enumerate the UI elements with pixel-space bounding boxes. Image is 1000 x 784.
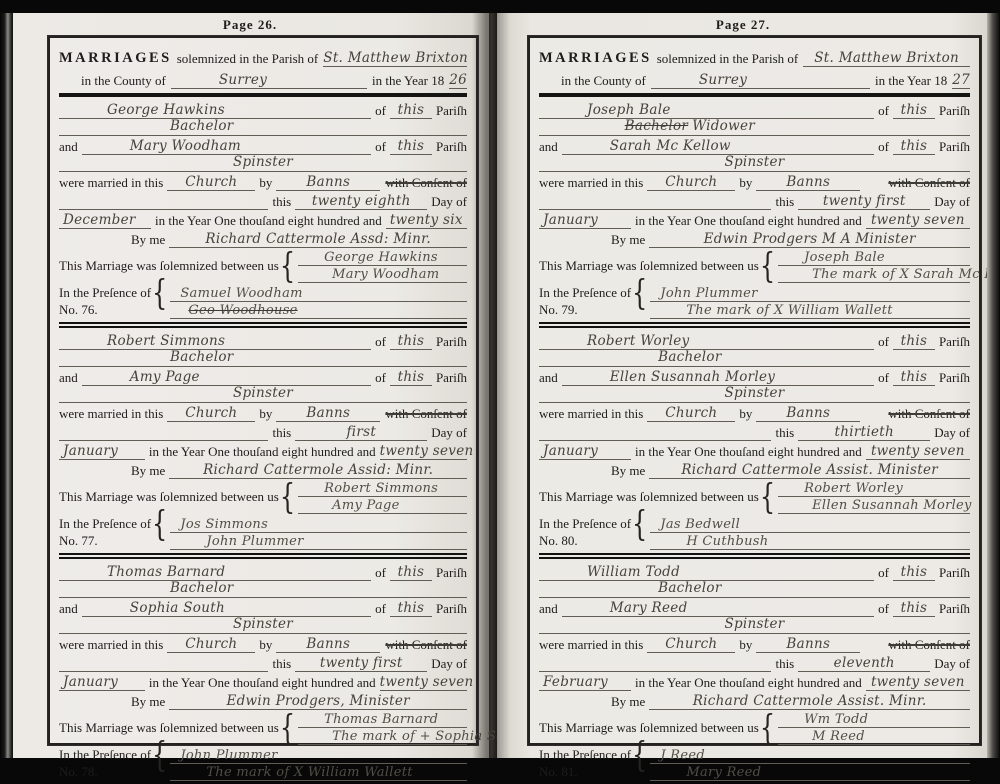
brace-icon: { xyxy=(760,481,775,513)
day-word: twenty eighth xyxy=(295,193,427,210)
presence-of-label: In the Preſence of xyxy=(539,516,631,532)
bride-signature: M Reed xyxy=(778,729,865,744)
witness-signature-2: John Plummer xyxy=(188,534,303,549)
married-place: Church xyxy=(167,636,255,653)
solemnized-between-label: This Marriage was ſolemnized between us xyxy=(59,720,279,736)
presence-of-label: In the Preſence of xyxy=(59,747,151,763)
married-line: were married in this Church by Banns wit… xyxy=(539,403,970,422)
bride-condition-line: Spinster xyxy=(539,386,970,403)
groom-condition-line: Bachelor xyxy=(59,119,467,136)
day-line: this twenty first Day of xyxy=(59,653,467,672)
solemnized-between-block: This Marriage was ſolemnized between us … xyxy=(59,249,467,283)
presence-of-label: In the Preſence of xyxy=(539,285,631,301)
month-name: January xyxy=(59,443,145,460)
by-me-label: By me xyxy=(131,232,165,248)
bride-condition-line: Spinster xyxy=(59,386,467,403)
witness-signature-2: The mark of X William Wallett xyxy=(188,765,412,780)
month-name: January xyxy=(539,443,631,460)
married-in-this-label: were married in this xyxy=(59,637,163,653)
year-words: twenty seven xyxy=(866,443,970,460)
by-me-label: By me xyxy=(611,232,645,248)
bride-condition-line: Spinster xyxy=(539,155,970,172)
groom-condition-line: Bachelor xyxy=(539,581,970,598)
married-method: Banns xyxy=(756,636,860,653)
solemnized-between-block: This Marriage was ſolemnized between us … xyxy=(59,711,467,745)
groom-condition-line: Bachelor Widower xyxy=(539,119,970,136)
day-of-label: Day of xyxy=(431,656,467,672)
month-name: December xyxy=(59,212,151,229)
witness-signature-1: Jos Simmons xyxy=(170,517,268,532)
consent-clause-struck: with Conſent of xyxy=(888,406,970,422)
groom-condition-line: Bachelor xyxy=(539,350,970,367)
blank-rule xyxy=(539,671,771,672)
consent-clause-struck: with Conſent of xyxy=(888,637,970,653)
marriage-record: Thomas Barnard of this Pariſh Bachelor a… xyxy=(59,559,467,781)
year-printed-label: in the Year One thouſand eight hundred a… xyxy=(149,444,376,460)
by-me-label: By me xyxy=(131,694,165,710)
year-printed-label: in the Year One thouſand eight hundred a… xyxy=(635,675,862,691)
groom-signature: Joseph Bale xyxy=(778,250,885,265)
witness-block: In the Preſence of { No. 79. John Plumme… xyxy=(539,284,970,319)
presence-of-label: In the Preſence of xyxy=(59,516,151,532)
minister-line: By me Richard Cattermole Assist. Ministe… xyxy=(539,460,970,479)
solemnized-label: solemnized in the Parish of xyxy=(177,51,319,67)
minister-signature: Richard Cattermole Assist. Minr. xyxy=(649,693,970,710)
married-line: were married in this Church by Banns wit… xyxy=(59,634,467,653)
witness-block: In the Preſence of { No. 80. Jas Bedwell… xyxy=(539,515,970,550)
minister-line: By me Edwin Prodgers, Minister xyxy=(59,691,467,710)
bride-signature: Amy Page xyxy=(298,498,400,513)
day-line: this first Day of xyxy=(59,422,467,441)
register-page-right: Page 27. MARRIAGES solemnized in the Par… xyxy=(497,13,989,758)
film-border-top xyxy=(0,0,1000,13)
groom-condition: Widower xyxy=(692,118,755,134)
witness-signature-1: John Plummer xyxy=(170,748,277,763)
blank-rule xyxy=(539,440,771,441)
bride-condition: Spinster xyxy=(724,385,784,401)
solemnized-between-block: This Marriage was ſolemnized between us … xyxy=(539,711,970,745)
brace-icon: { xyxy=(280,481,295,513)
married-line: were married in this Church by Banns wit… xyxy=(539,172,970,191)
married-line: were married in this Church by Banns wit… xyxy=(59,403,467,422)
year-printed-label: in the Year One thouſand eight hundred a… xyxy=(149,675,376,691)
blank-rule xyxy=(539,209,771,210)
day-of-label: Day of xyxy=(934,425,970,441)
blank-rule xyxy=(59,440,268,441)
married-place: Church xyxy=(647,405,735,422)
groom-condition-line: Bachelor xyxy=(59,581,467,598)
groom-condition: Bachelor xyxy=(658,349,722,365)
parish-name: St. Matthew Brixton xyxy=(323,50,467,67)
by-label: by xyxy=(739,175,752,191)
year-words: twenty seven xyxy=(380,443,467,460)
year-line: January in the Year One thouſand eight h… xyxy=(59,672,467,691)
solemnized-between-block: This Marriage was ſolemnized between us … xyxy=(539,480,970,514)
married-method: Banns xyxy=(756,405,860,422)
minister-line: By me Richard Cattermole Assid: Minr. xyxy=(59,460,467,479)
year-printed-label: in the Year One thouſand eight hundred a… xyxy=(635,213,862,229)
marriage-record: George Hawkins of this Pariſh Bachelor a… xyxy=(59,97,467,319)
groom-condition: Bachelor xyxy=(658,580,722,596)
marriage-record: William Todd of this Pariſh Bachelor and… xyxy=(539,559,970,781)
bride-condition: Spinster xyxy=(724,154,784,170)
bride-condition-line: Spinster xyxy=(539,617,970,634)
presence-of-label: In the Preſence of xyxy=(539,747,631,763)
blank-rule xyxy=(59,209,268,210)
consent-clause-struck: with Conſent of xyxy=(385,637,467,653)
day-word: first xyxy=(295,424,427,441)
day-word: eleventh xyxy=(798,655,930,672)
marriage-record: Joseph Bale of this Pariſh Bachelor Wido… xyxy=(539,97,970,319)
witness-signature-2-struck: Geo Woodhouse xyxy=(170,303,297,318)
day-word: twenty first xyxy=(295,655,427,672)
this-label: this xyxy=(272,656,291,672)
married-method: Banns xyxy=(276,174,380,191)
year-words: twenty seven xyxy=(866,674,970,691)
marriages-label: MARRIAGES xyxy=(59,50,172,67)
by-label: by xyxy=(259,406,272,422)
year-label: in the Year 18 xyxy=(875,73,947,89)
bride-condition-line: Spinster xyxy=(59,155,467,172)
blank-rule xyxy=(59,671,268,672)
this-label: this xyxy=(775,656,794,672)
bride-condition: Spinster xyxy=(233,616,293,632)
bride-condition: Spinster xyxy=(233,154,293,170)
married-place: Church xyxy=(167,174,255,191)
day-line: this thirtieth Day of xyxy=(539,422,970,441)
solemnized-between-label: This Marriage was ſolemnized between us xyxy=(539,489,759,505)
year-line: December in the Year One thouſand eight … xyxy=(59,210,467,229)
solemnized-label: solemnized in the Parish of xyxy=(657,51,799,67)
register-page-left: Page 26. MARRIAGES solemnized in the Par… xyxy=(11,13,489,758)
marriage-record: Robert Worley of this Pariſh Bachelor an… xyxy=(539,328,970,550)
day-of-label: Day of xyxy=(934,656,970,672)
by-me-label: By me xyxy=(611,694,645,710)
county-name: Surrey xyxy=(651,72,870,89)
brace-icon: { xyxy=(632,508,647,540)
married-in-this-label: were married in this xyxy=(539,637,643,653)
this-label: this xyxy=(272,425,291,441)
witness-block: In the Preſence of { No. 78. John Plumme… xyxy=(59,746,467,781)
solemnized-between-label: This Marriage was ſolemnized between us xyxy=(539,258,759,274)
year-line: January in the Year One thouſand eight h… xyxy=(59,441,467,460)
solemnized-between-label: This Marriage was ſolemnized between us xyxy=(59,489,279,505)
page-number: Page 26. xyxy=(11,17,489,33)
bride-condition-line: Spinster xyxy=(59,617,467,634)
brace-icon: { xyxy=(152,277,167,309)
consent-clause-struck: with Conſent of xyxy=(385,175,467,191)
records-list: George Hawkins of this Pariſh Bachelor a… xyxy=(59,97,467,781)
this-label: this xyxy=(775,425,794,441)
year-line: February in the Year One thouſand eight … xyxy=(539,672,970,691)
witness-signature-1: Samuel Woodham xyxy=(170,286,302,301)
year-value: 27 xyxy=(952,72,970,89)
bride-condition: Spinster xyxy=(724,616,784,632)
brace-icon: { xyxy=(280,712,295,744)
day-of-label: Day of xyxy=(431,194,467,210)
marriages-label: MARRIAGES xyxy=(539,50,652,67)
minister-signature: Richard Cattermole Assid: Minr. xyxy=(169,462,467,479)
bride-condition: Spinster xyxy=(233,385,293,401)
married-method: Banns xyxy=(276,405,380,422)
married-line: were married in this Church by Banns wit… xyxy=(59,172,467,191)
married-method: Banns xyxy=(756,174,860,191)
county-label: in the County of xyxy=(81,73,166,89)
married-in-this-label: were married in this xyxy=(59,175,163,191)
presence-of-label: In the Preſence of xyxy=(59,285,151,301)
month-name: January xyxy=(539,212,631,229)
groom-signature: Robert Simmons xyxy=(298,481,438,496)
groom-signature: Wm Todd xyxy=(778,712,868,727)
bride-signature: Mary Woodham xyxy=(298,267,439,282)
this-label: this xyxy=(775,194,794,210)
witness-signature-2: The mark of X William Wallett xyxy=(668,303,892,318)
consent-clause-struck: with Conſent of xyxy=(888,175,970,191)
register-frame: MARRIAGES solemnized in the Parish of St… xyxy=(527,35,982,746)
witness-block: In the Preſence of { No. 81. J Reed Mary… xyxy=(539,746,970,781)
solemnized-between-label: This Marriage was ſolemnized between us xyxy=(59,258,279,274)
day-line: this eleventh Day of xyxy=(539,653,970,672)
this-label: this xyxy=(272,194,291,210)
witness-signature-2: Mary Reed xyxy=(668,765,761,780)
book-edge-right xyxy=(987,13,1000,758)
year-words: twenty seven xyxy=(866,212,970,229)
married-method: Banns xyxy=(276,636,380,653)
minister-line: By me Edwin Prodgers M A Minister xyxy=(539,229,970,248)
groom-signature: Robert Worley xyxy=(778,481,903,496)
witness-signature-1: Jas Bedwell xyxy=(650,517,740,532)
brace-icon: { xyxy=(632,277,647,309)
binding-gutter xyxy=(472,13,510,758)
year-printed-label: in the Year One thouſand eight hundred a… xyxy=(155,213,382,229)
year-value: 26 xyxy=(449,72,467,89)
witness-block: In the Preſence of { No. 76. Samuel Wood… xyxy=(59,284,467,319)
brace-icon: { xyxy=(760,250,775,282)
day-word: twenty first xyxy=(798,193,930,210)
groom-signature: Thomas Barnard xyxy=(298,712,438,727)
county-label: in the County of xyxy=(561,73,646,89)
groom-signature: George Hawkins xyxy=(298,250,438,265)
book-edge-left xyxy=(0,13,13,758)
brace-icon: { xyxy=(280,250,295,282)
minister-signature: Richard Cattermole Assist. Minister xyxy=(649,462,970,479)
groom-condition: Bachelor xyxy=(170,349,234,365)
parish-name: St. Matthew Brixton xyxy=(803,50,970,67)
married-place: Church xyxy=(647,636,735,653)
bride-signature: The mark of X Sarah Mc Killow xyxy=(778,267,1000,282)
day-of-label: Day of xyxy=(431,425,467,441)
married-place: Church xyxy=(647,174,735,191)
page-number: Page 27. xyxy=(497,17,989,33)
brace-icon: { xyxy=(152,508,167,540)
brace-icon: { xyxy=(632,739,647,771)
groom-condition-line: Bachelor xyxy=(59,350,467,367)
witness-signature-1: J Reed xyxy=(650,748,705,763)
solemnized-between-block: This Marriage was ſolemnized between us … xyxy=(539,249,970,283)
married-in-this-label: were married in this xyxy=(539,406,643,422)
records-list: Joseph Bale of this Pariſh Bachelor Wido… xyxy=(539,97,970,781)
minister-signature: Richard Cattermole Assd: Minr. xyxy=(169,231,467,248)
by-me-label: By me xyxy=(131,463,165,479)
brace-icon: { xyxy=(760,712,775,744)
witness-signature-2: H Cuthbush xyxy=(668,534,768,549)
bride-signature: Ellen Susannah Morley xyxy=(778,498,972,513)
year-label: in the Year 18 xyxy=(372,73,444,89)
year-printed-label: in the Year One thouſand eight hundred a… xyxy=(635,444,862,460)
minister-line: By me Richard Cattermole Assd: Minr. xyxy=(59,229,467,248)
register-header: MARRIAGES solemnized in the Parish of St… xyxy=(59,43,467,89)
by-label: by xyxy=(739,637,752,653)
year-words: twenty seven xyxy=(380,674,467,691)
groom-condition: Bachelor xyxy=(170,118,234,134)
married-in-this-label: were married in this xyxy=(59,406,163,422)
by-label: by xyxy=(259,175,272,191)
month-name: January xyxy=(59,674,145,691)
county-name: Surrey xyxy=(171,72,367,89)
minister-line: By me Richard Cattermole Assist. Minr. xyxy=(539,691,970,710)
register-frame: MARRIAGES solemnized in the Parish of St… xyxy=(47,35,479,746)
consent-clause-struck: with Conſent of xyxy=(385,406,467,422)
register-header: MARRIAGES solemnized in the Parish of St… xyxy=(539,43,970,89)
year-line: January in the Year One thouſand eight h… xyxy=(539,441,970,460)
married-place: Church xyxy=(167,405,255,422)
day-word: thirtieth xyxy=(798,424,930,441)
year-words: twenty six xyxy=(386,212,467,229)
married-in-this-label: were married in this xyxy=(539,175,643,191)
groom-condition: Bachelor xyxy=(170,580,234,596)
by-label: by xyxy=(739,406,752,422)
solemnized-between-block: This Marriage was ſolemnized between us … xyxy=(59,480,467,514)
minister-signature: Edwin Prodgers, Minister xyxy=(169,693,467,710)
brace-icon: { xyxy=(152,739,167,771)
minister-signature: Edwin Prodgers M A Minister xyxy=(649,231,970,248)
scanned-register-spread: Page 26. MARRIAGES solemnized in the Par… xyxy=(0,0,1000,784)
witness-signature-1: John Plummer xyxy=(650,286,757,301)
day-line: this twenty first Day of xyxy=(539,191,970,210)
solemnized-between-label: This Marriage was ſolemnized between us xyxy=(539,720,759,736)
groom-condition-struck: Bachelor xyxy=(625,118,689,134)
year-line: January in the Year One thouſand eight h… xyxy=(539,210,970,229)
by-me-label: By me xyxy=(611,463,645,479)
married-line: were married in this Church by Banns wit… xyxy=(539,634,970,653)
day-line: this twenty eighth Day of xyxy=(59,191,467,210)
day-of-label: Day of xyxy=(934,194,970,210)
month-name: February xyxy=(539,674,631,691)
witness-block: In the Preſence of { No. 77. Jos Simmons… xyxy=(59,515,467,550)
by-label: by xyxy=(259,637,272,653)
marriage-record: Robert Simmons of this Pariſh Bachelor a… xyxy=(59,328,467,550)
